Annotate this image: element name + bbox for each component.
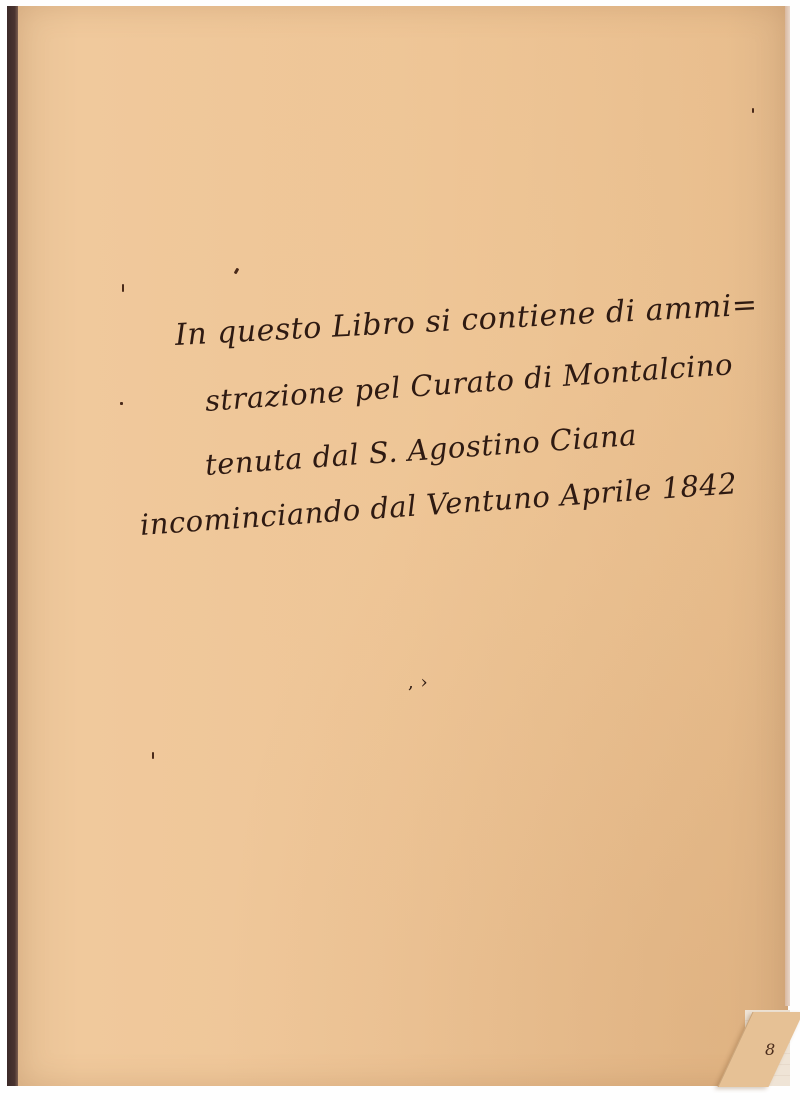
scanned-page-background: 8 In questo Libro si contiene di ammi= s…: [0, 0, 800, 1100]
ink-speck: [752, 108, 754, 113]
ink-speck: [122, 284, 124, 292]
corner-page-note: 8: [765, 1040, 775, 1059]
page-edge: [785, 6, 790, 1006]
ink-speck: [152, 752, 154, 759]
ink-speck: [120, 402, 123, 405]
ink-marks: , ›: [408, 672, 428, 693]
manuscript-page: [18, 6, 788, 1086]
